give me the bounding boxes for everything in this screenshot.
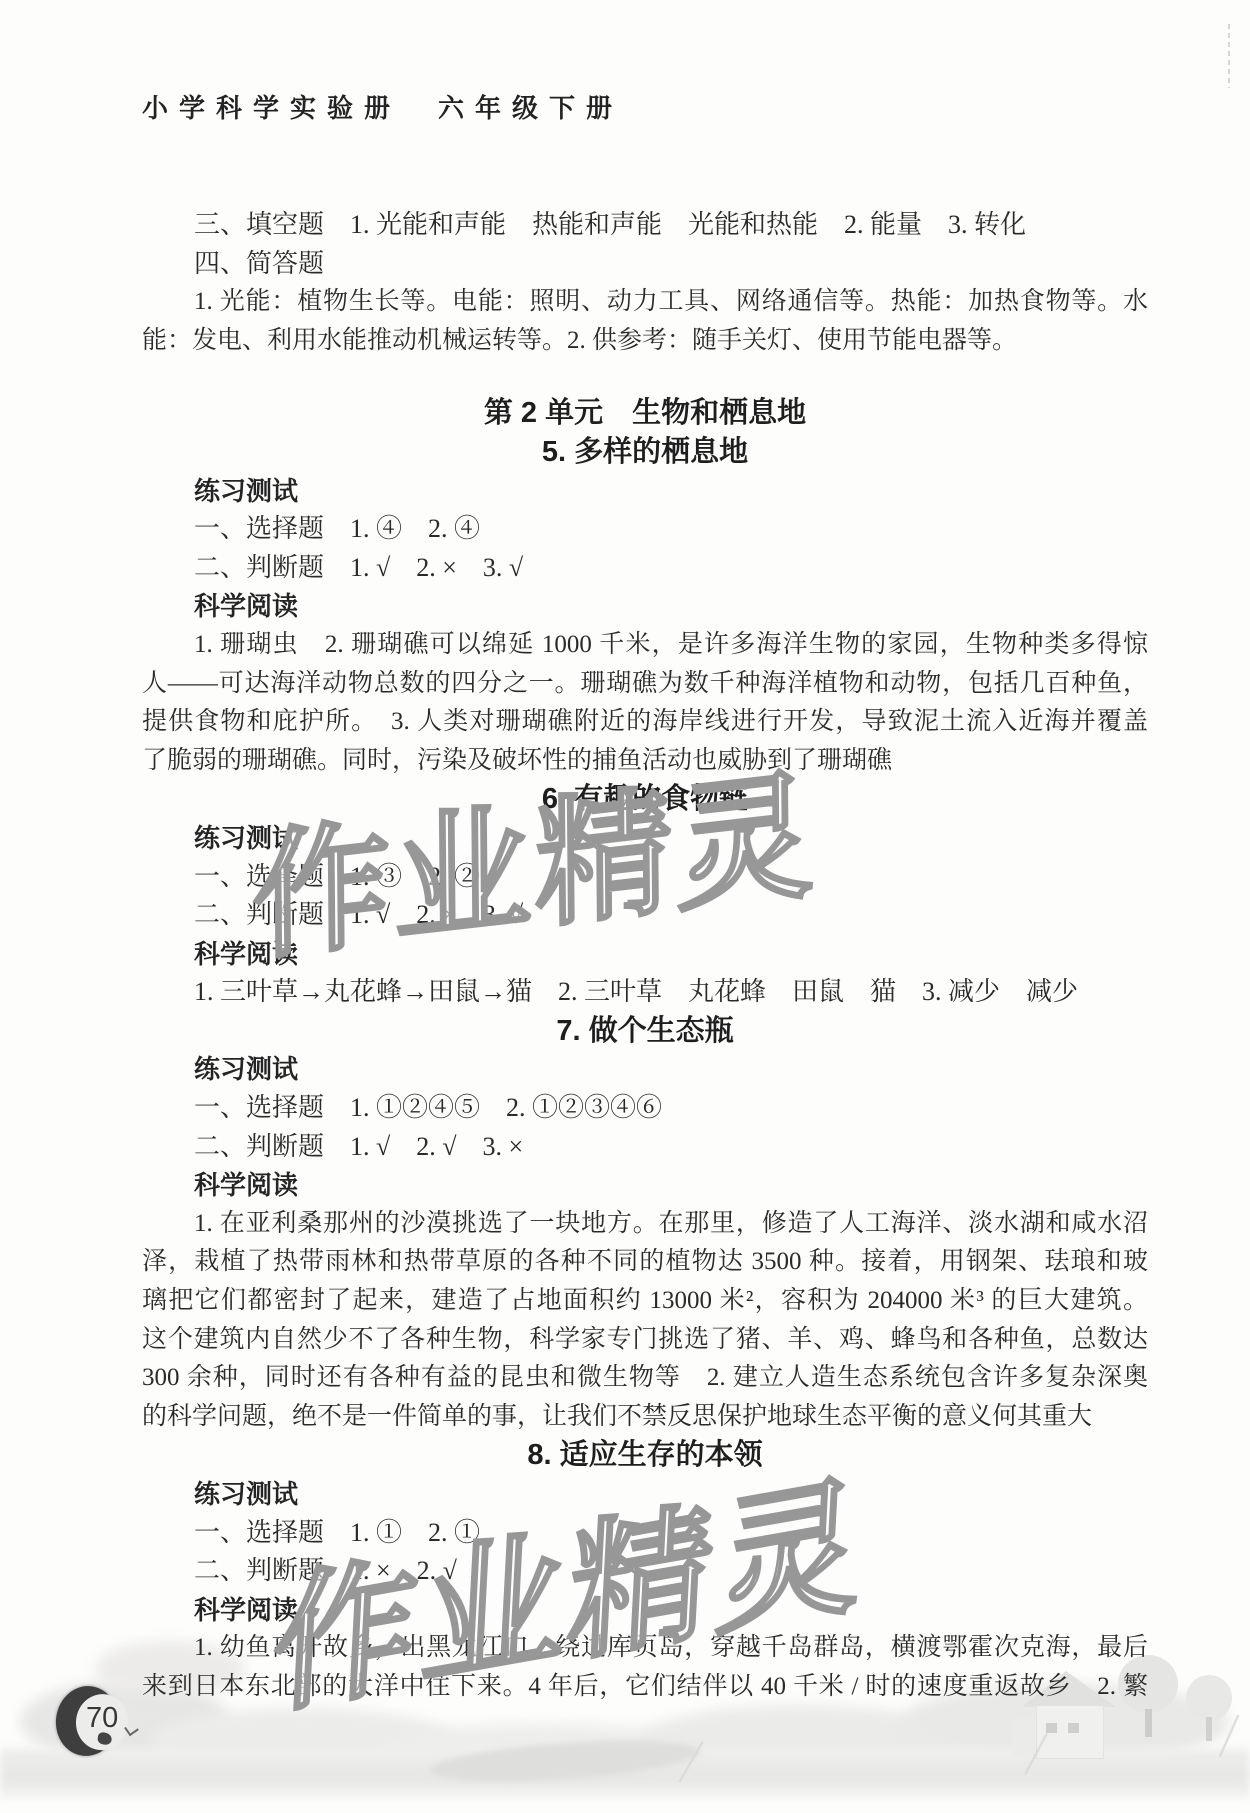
text-line: 了脆弱的珊瑚礁。同时，污染及破坏性的捕鱼活动也威胁到了珊瑚礁 [142,742,1148,781]
tree-crown [1186,1675,1232,1721]
tree-trunk [1145,1709,1152,1737]
text-line: 二、判断题 1. × 2. √ [142,1552,1148,1591]
house-annex [1012,1719,1038,1757]
page-number: 70 [86,1702,118,1735]
text-line: 一、选择题 1. ① 2. ① [142,1514,1148,1553]
section-heading: 7. 做个生态瓶 [142,1012,1148,1051]
text-line: 泽，栽植了热带雨林和热带草原的各种不同的植物达 3500 种。接着，用钢架、珐琅… [142,1243,1148,1282]
page-header-title: 小学科学实验册 六年级下册 [142,88,623,125]
text-line: 1. 三叶草→丸花蜂→田鼠→猫 2. 三叶草 丸花蜂 田鼠 猫 3. 减少 减少 [142,973,1148,1012]
text-line: 300 余种，同时还有各种有益的昆虫和微生物等 2. 建立人造生态系统包含许多复… [142,1359,1148,1398]
text-line: 1. 幼鱼离开故乡，出黑龙江口，绕过库页岛，穿越千岛群岛，横渡鄂霍次克海，最后 [142,1629,1148,1668]
text-line: 来到日本东北部的大洋中住下来。4 年后，它们结伴以 40 千米 / 时的速度重返… [142,1668,1148,1707]
exercise-label: 科学阅读 [142,1591,1148,1630]
section-heading: 第 2 单元 生物和栖息地 [142,394,1148,433]
section-heading: 8. 适应生存的本领 [142,1436,1148,1475]
text-line: 一、选择题 1. ③ 2. ② [142,858,1148,897]
text-line: 的科学问题，绝不是一件简单的事，让我们不禁反思保护地球生态平衡的意义何其重大 [142,1398,1148,1437]
text-line: 1. 珊瑚虫 2. 珊瑚礁可以绵延 1000 千米，是许多海洋生物的家园，生物种… [142,626,1148,665]
text-line: 二、判断题 1. √ 2. × 3. √ [142,896,1148,935]
text-line: 三、填空题 1. 光能和声能 热能和声能 光能和热能 2. 能量 3. 转化 [142,206,1148,245]
text-line: 一、选择题 1. ④ 2. ④ [142,510,1148,549]
answers-content: 三、填空题 1. 光能和声能 热能和声能 光能和热能 2. 能量 3. 转化四、… [142,206,1148,1707]
exercise-label: 练习测试 [142,472,1148,511]
tree-trunk [1206,1717,1212,1741]
exercise-label: 练习测试 [142,1050,1148,1089]
scanned-book-page: 小学科学实验册 六年级下册 三、填空题 1. 光能和声能 热能和声能 光能和热能… [0,0,1250,1813]
text-line: 璃把它们都密封了起来，建造了占地面积约 13000 米²，容积为 204000 … [142,1282,1148,1321]
text-line: 人——可达海洋动物总数的四分之一。珊瑚礁为数千种海洋植物和动物，包括几百种鱼， [142,665,1148,704]
tree-icon [1186,1675,1232,1721]
text-line: 四、简答题 [142,245,1148,284]
text-line: 一、选择题 1. ①②④⑤ 2. ①②③④⑥ [142,1089,1148,1128]
text-line: 能：发电、利用水能推动机械运转等。2. 供参考：随手关灯、使用节能电器等。 [142,322,1148,361]
house-window [1046,1723,1057,1733]
exercise-label: 科学阅读 [142,935,1148,974]
text-line: 1. 光能：植物生长等。电能：照明、动力工具、网络通信等。热能：加热食物等。水 [142,283,1148,322]
section-heading: 5. 多样的栖息地 [142,433,1148,472]
exercise-label: 练习测试 [142,819,1148,858]
text-line: 二、判断题 1. √ 2. √ 3. × [142,1128,1148,1167]
text-line: 二、判断题 1. √ 2. × 3. √ [142,549,1148,588]
house-window [1068,1723,1079,1733]
scan-crop-mark [1228,24,1230,88]
section-heading: 6. 有趣的食物链 [142,780,1148,819]
text-line: 1. 在亚利桑那州的沙漠挑选了一块地方。在那里，修造了人工海洋、淡水湖和咸水沼 [142,1205,1148,1244]
exercise-label: 科学阅读 [142,587,1148,626]
exercise-label: 科学阅读 [142,1166,1148,1205]
text-line: 这个建筑内自然少不了各种生物，科学家专门挑选了猪、羊、鸡、蜂鸟和各种鱼，总数达 [142,1321,1148,1360]
exercise-label: 练习测试 [142,1475,1148,1514]
text-line: 提供食物和庇护所。 3. 人类对珊瑚礁附近的海岸线进行开发，导致泥土流入近海并覆… [142,703,1148,742]
